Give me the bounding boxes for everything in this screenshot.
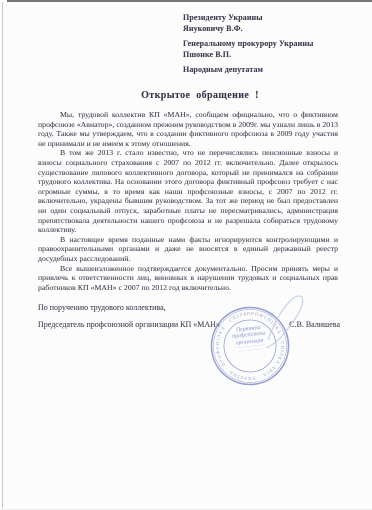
paragraph-3: В настоящее время поданные нами факты иг…: [38, 235, 338, 264]
letter-body: Мы, трудовой коллектив КП «МАН», сообщае…: [38, 110, 338, 292]
signature-role: Председатель профсоюзной организации КП …: [38, 320, 220, 329]
scan-edge-top: [7, 0, 372, 2]
scanned-letter-page: Президенту Украины Януковичу В.Ф. Генера…: [0, 0, 372, 510]
recipients-block: Президенту Украины Януковичу В.Ф. Генера…: [183, 13, 313, 81]
letter-title: Открытое обращение !: [30, 90, 370, 101]
closing-line: По поручению трудового коллектива,: [38, 303, 166, 312]
recipient-line: Президенту Украины: [183, 13, 313, 24]
paragraph-1: Мы, трудовой коллектив КП «МАН», сообщае…: [38, 110, 338, 148]
recipient-line: Пшонке В.П.: [183, 50, 313, 61]
recipient-line: Генеральному прокурору Украины: [183, 39, 313, 50]
recipient-deputies: Народным депутатам: [183, 65, 313, 76]
recipient-line: Януковичу В.Ф.: [183, 24, 313, 35]
recipient-line: Народным депутатам: [183, 65, 313, 76]
scan-edge-left: [2, 2, 3, 508]
paragraph-2: В том же 2013 г. стало известно, что не …: [38, 148, 338, 234]
recipient-prosecutor: Генеральному прокурору Украины Пшонке В.…: [183, 39, 313, 60]
pen-signature-icon: [240, 288, 350, 368]
recipient-president: Президенту Украины Януковичу В.Ф.: [183, 13, 313, 34]
